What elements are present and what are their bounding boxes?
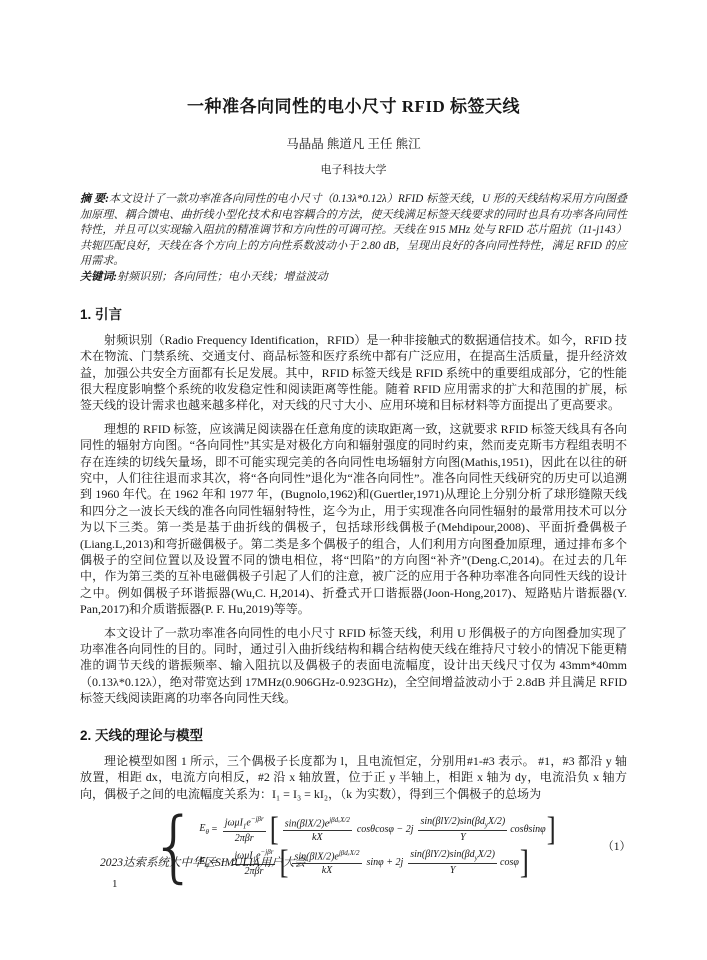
conference-footer: 2023达索系统大中华区SIMULIA用户大会 [100, 854, 306, 870]
affiliation-line: 电子科技大学 [80, 161, 627, 177]
keywords-label: 关键词: [80, 271, 117, 283]
paper-page: 一种准各向同性的电小尺寸 RFID 标签天线 马晶晶 熊道凡 王任 熊江 电子科… [0, 0, 707, 960]
fraction-coefficient: jωμI1e−jβr 2πβr [223, 815, 266, 844]
equation-number: （1） [602, 838, 631, 854]
page-number: 1 [112, 878, 118, 890]
abstract-paragraph: 摘 要:本文设计了一款功率准各向同性的电小尺寸（0.13λ*0.12λ）RFID… [80, 192, 627, 270]
equation-group: { Eθ = jωμI1e−jβr 2πβr [ sin(βlX/2)ejβdₓ… [150, 809, 556, 883]
abstract-label: 摘 要: [80, 193, 109, 205]
abstract-text: 本文设计了一款功率准各向同性的电小尺寸（0.13λ*0.12λ）RFID 标签天… [80, 193, 627, 267]
fraction-term-2: sin(βlY/2)sin(βdyX/2) Y [418, 816, 507, 843]
section-1-paragraph-2: 理想的 RFID 标签，应该满足阅读器在任意角度的读取距离一致，这就要求 RFI… [80, 421, 627, 618]
page-title: 一种准各向同性的电小尺寸 RFID 标签天线 [80, 92, 627, 117]
left-curly-brace: { [150, 807, 197, 885]
section-1-heading: 1. 引言 [80, 303, 627, 323]
section-1-paragraph-3: 本文设计了一款功率准各向同性的电小尺寸 RFID 标签天线，利用 U 形偶极子的… [80, 625, 627, 707]
keywords-line: 关键词:射频识别；各向同性；电小天线；增益波动 [80, 270, 627, 286]
section-2-heading: 2. 天线的理论与模型 [80, 724, 627, 744]
section-2-paragraph-1: 理论模型如图 1 所示，三个偶极子长度都为 l，且电流恒定，分别用#1-#3 表… [80, 753, 627, 802]
section-1-paragraph-1: 射频识别（Radio Frequency Identification，RFID… [80, 332, 627, 414]
equation-line-e-theta: Eθ = jωμI1e−jβr 2πβr [ sin(βlX/2)ejβdₓX/… [199, 815, 556, 844]
fraction-term-1: sin(βlX/2)ejβdₓX/2 kX [283, 816, 352, 843]
keywords-text: 射频识别；各向同性；电小天线；增益波动 [117, 271, 328, 283]
authors-line: 马晶晶 熊道凡 王任 熊江 [80, 134, 627, 152]
equation-1: { Eθ = jωμI1e−jβr 2πβr [ sin(βlX/2)ejβdₓ… [80, 809, 627, 883]
fraction-term-2: sin(βlY/2)sin(βdyX/2) Y [408, 849, 497, 876]
